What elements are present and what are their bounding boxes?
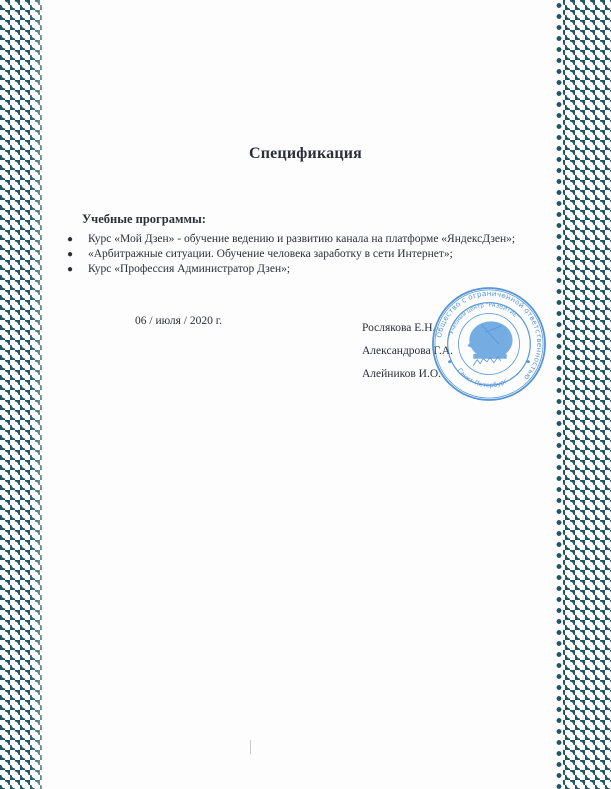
svg-text:Санкт-Петербург: Санкт-Петербург (456, 367, 509, 389)
scan-artifact (250, 740, 251, 754)
bullet-icon: ● (67, 247, 73, 262)
company-seal-stamp-icon: Общество с ограниченной ответственностью… (430, 285, 548, 403)
decorative-border-right (563, 0, 611, 789)
programs-list: ● Курс «Мой Дзен» - обучение ведению и р… (64, 232, 515, 277)
document-date: 06 / июля / 2020 г. (135, 315, 222, 327)
program-text: Курс «Мой Дзен» - обучение ведению и раз… (88, 233, 515, 245)
stamp-city-text: Санкт-Петербург (456, 367, 509, 389)
program-text: «Арбитражные ситуации. Обучение человека… (88, 248, 453, 260)
document-title: Спецификация (0, 145, 611, 163)
decorative-border-right-dots (555, 0, 563, 789)
section-heading: Учебные программы: (82, 212, 206, 227)
program-text: Курс «Профессия Администратор Дзен»; (88, 263, 290, 275)
list-item: ● «Арбитражные ситуации. Обучение челове… (64, 247, 515, 262)
bullet-icon: ● (67, 232, 73, 247)
decorative-border-left (0, 0, 42, 789)
bullet-icon: ● (67, 262, 73, 277)
list-item: ● Курс «Профессия Администратор Дзен»; (64, 262, 515, 277)
list-item: ● Курс «Мой Дзен» - обучение ведению и р… (64, 232, 515, 247)
